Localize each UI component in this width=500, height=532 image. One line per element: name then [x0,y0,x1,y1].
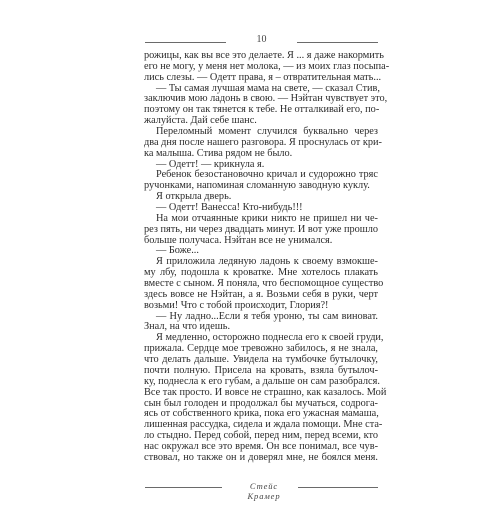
text-line: лись слезы. — Одетт права, я – отвратите… [144,73,378,84]
text-line: возьми! Что с тобой происходит, Глория?! [144,301,378,312]
text-line: рез пять, ни через двадцать минут. И вот… [144,225,378,236]
text-line: ку, поднесла к его губам, а дальше он са… [144,377,378,388]
text-line: Все так просто. И вовсе не страшно, как … [144,388,378,399]
page-number: 10 [145,34,378,45]
footer-rule-left [145,487,222,488]
book-page: 10 рожицы, как вы все это делаете. Я ...… [0,0,500,532]
author-name: Стейс Крамер [232,481,296,501]
body-text: рожицы, как вы все это делаете. Я ... я … [144,51,378,464]
running-header: 10 [145,33,378,49]
running-footer: Стейс Крамер [145,480,378,494]
footer-rule-right [298,487,378,488]
header-rule-right [297,42,378,43]
text-line: ка малыша. Стива рядом не было. [144,149,378,160]
text-line: ствовал, но также он и доверял мне, не б… [144,453,378,464]
